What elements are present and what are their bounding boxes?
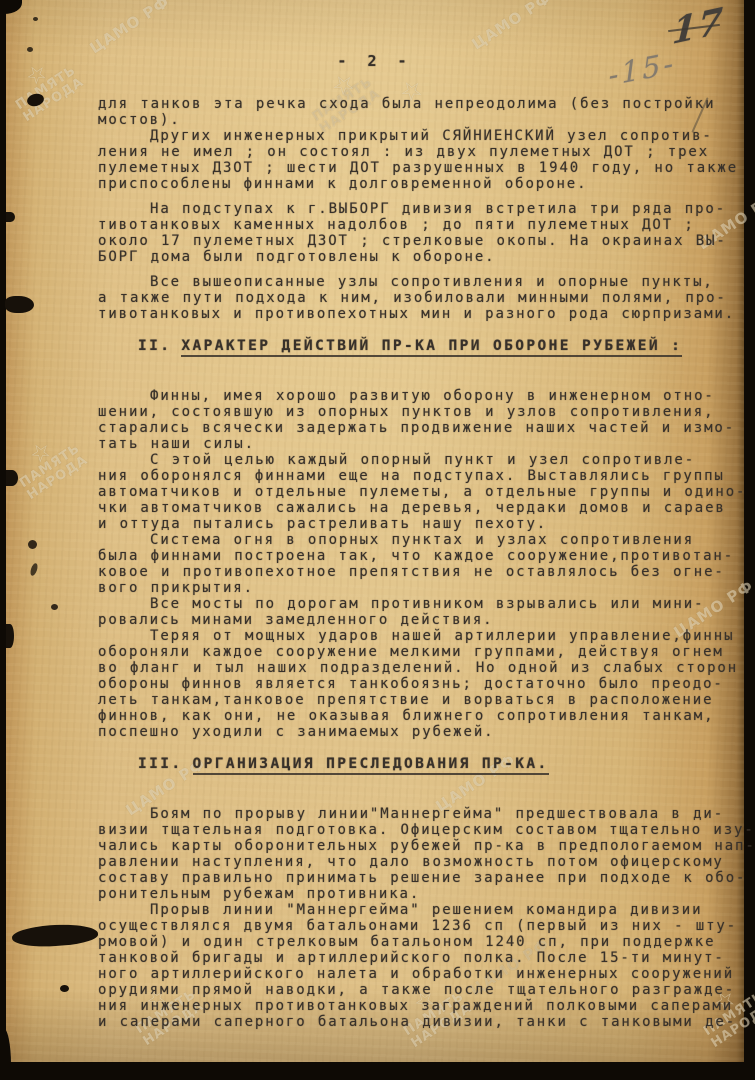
- paper-speck: [28, 540, 37, 549]
- text-line: поспешно уходили с занимаемых рубежей.: [98, 724, 750, 740]
- paragraph: Теряя от мощных ударов нашей артиллерии …: [98, 628, 750, 740]
- text-line: автоматчиков и отдельные пулеметы, а отд…: [98, 484, 750, 500]
- text-line: леть танкам,танковое препятствие и ворва…: [98, 692, 750, 708]
- text-line: осуществлялся двумя батальонами 1236 сп …: [98, 918, 750, 934]
- text-line: для танков эта речка схода была непреодо…: [98, 96, 750, 112]
- heading-number: III.: [138, 756, 183, 772]
- text-line: вого прикрытия.: [98, 580, 750, 596]
- text-line: обороняли каждое сооружение мелкими груп…: [98, 644, 750, 660]
- text-line: финнов, как они, не оказывая ближнего со…: [98, 708, 750, 724]
- text-line: Все вышеописанные узлы сопротивления и о…: [98, 274, 750, 290]
- paper-speck: [60, 985, 69, 992]
- text-line: чались карты оборонительных рубежей пр-к…: [98, 838, 750, 854]
- paper-speck: [51, 604, 58, 610]
- text-line: и оттуда пытались растреливать нашу пехо…: [98, 516, 750, 532]
- paragraph: Других инженерных прикрытий СЯЙНИЕНСКИЙ …: [98, 128, 750, 192]
- document-body: для танков эта речка схода была непреодо…: [98, 96, 750, 1030]
- paragraph: Финны, имея хорошо развитую оборону в ин…: [98, 388, 750, 452]
- paragraph: Все вышеописанные узлы сопротивления и о…: [98, 274, 750, 322]
- text-line: Система огня в опорных пунктах и узлах с…: [98, 532, 750, 548]
- text-line: Других инженерных прикрытий СЯЙНИЕНСКИЙ …: [98, 128, 750, 144]
- paragraph: Система огня в опорных пунктах и узлах с…: [98, 532, 750, 596]
- text-line: ковое и противопехотное препятствия не о…: [98, 564, 750, 580]
- text-line: тать наши силы.: [98, 436, 750, 452]
- text-line: обороны финнов является танкобоязнь; дос…: [98, 676, 750, 692]
- text-line: Все мосты по дорогам противником взрывал…: [98, 596, 750, 612]
- paragraph: Все мосты по дорогам противником взрывал…: [98, 596, 750, 628]
- edge-nick: [6, 624, 14, 648]
- text-line: БОРГ дома были подготовлены к обороне.: [98, 249, 750, 265]
- paragraph: Прорыв линии "Маннергейма" решением кома…: [98, 902, 750, 1030]
- text-line: Теряя от мощных ударов нашей артиллерии …: [98, 628, 750, 644]
- text-line: приспособлены финнами к долговременной о…: [98, 176, 750, 192]
- text-line: танковой бригады и артиллерийского полка…: [98, 950, 750, 966]
- text-line: чки автоматчиков сажались на деревья, че…: [98, 500, 750, 516]
- text-line: рмовой) и один стрелковым батальоном 124…: [98, 934, 750, 950]
- text-line: С этой целью каждый опорный пункт и узел…: [98, 452, 750, 468]
- paper-sheet: ЦАМО РФ ЦАМО РФ ЦАМО РФ ЦАМО РФ ЦАМО РФ …: [6, 0, 744, 1062]
- text-line: На подступах к г.ВЫБОРГ дивизия встретил…: [98, 201, 750, 217]
- paragraph: для танков эта речка схода была непреодо…: [98, 96, 750, 128]
- paper-speck: [33, 17, 38, 21]
- edge-nick: [6, 212, 15, 222]
- text-line: визии тщательная подготовка. Офицерским …: [98, 822, 750, 838]
- text-line: орудиями прямой наводки, а также после т…: [98, 982, 750, 998]
- text-line: старались всячески задержать продвижение…: [98, 420, 750, 436]
- paragraph: С этой целью каждый опорный пункт и узел…: [98, 452, 750, 532]
- text-line: а также пути подхода к ним, изобиловали …: [98, 290, 750, 306]
- text-line: ления не имел ; он состоял : из двух пул…: [98, 144, 750, 160]
- text-line: равлении наступления, что дало возможнос…: [98, 854, 750, 870]
- text-line: ронительным рубежам противника.: [98, 886, 750, 902]
- section-heading: III.ОРГАНИЗАЦИЯ ПРЕСЛЕДОВАНИЯ ПР-КА.: [138, 756, 750, 780]
- text-line: Боям по прорыву линии"Маннергейма" предш…: [98, 806, 750, 822]
- heading-title: ОРГАНИЗАЦИЯ ПРЕСЛЕДОВАНИЯ ПР-КА.: [193, 756, 549, 775]
- text-line: ровались минами замедленного действия.: [98, 612, 750, 628]
- section-heading: II.ХАРАКТЕР ДЕЙСТВИЙ ПР-КА ПРИ ОБОРОНЕ Р…: [138, 338, 750, 362]
- text-line: ния оборонялся финнами еще на подступах.…: [98, 468, 750, 484]
- text-line: тивотанковых и противопехотных мин и раз…: [98, 306, 750, 322]
- text-line: пулеметных ДЗОТ ; шести ДОТ разрушенных …: [98, 160, 750, 176]
- watermark-archive: ЦАМО РФ: [468, 0, 554, 53]
- watermark-archive: ЦАМО РФ: [86, 0, 172, 57]
- text-line: Прорыв линии "Маннергейма" решением кома…: [98, 902, 750, 918]
- text-line: ного артиллерийского налета и обработки …: [98, 966, 750, 982]
- text-line: мостов).: [98, 112, 750, 128]
- watermark-memory-of-people: ☆ ПАМЯТЬ НАРОДА: [7, 425, 91, 503]
- text-line: тивотанковых каменных надолбов ; до пяти…: [98, 217, 750, 233]
- text-line: около 17 пулеметных ДЗОТ ; стрелковые ок…: [98, 233, 750, 249]
- heading-number: II.: [138, 338, 171, 354]
- text-line: Финны, имея хорошо развитую оборону в ин…: [98, 388, 750, 404]
- paragraph: Боям по прорыву линии"Маннергейма" предш…: [98, 806, 750, 902]
- text-line: во фланг и тыл наших подразделений. Но о…: [98, 660, 750, 676]
- text-line: и саперами саперного батальона дивизии, …: [98, 1014, 750, 1030]
- text-line: шении, состоявшую из опорных пунктов и у…: [98, 404, 750, 420]
- heading-title: ХАРАКТЕР ДЕЙСТВИЙ ПР-КА ПРИ ОБОРОНЕ РУБЕ…: [181, 338, 682, 357]
- paragraph: На подступах к г.ВЫБОРГ дивизия встретил…: [98, 201, 750, 265]
- text-line: была финнами построена так, что каждое с…: [98, 548, 750, 564]
- text-line: составу правильно принимать решение зара…: [98, 870, 750, 886]
- scanned-archive-page: { "page": { "colors": { "paper": "#d9b87…: [0, 0, 755, 1080]
- text-line: ния инженерных противотанковых загражден…: [98, 998, 750, 1014]
- edge-nick: [6, 470, 18, 486]
- ink-blot: [5, 296, 34, 313]
